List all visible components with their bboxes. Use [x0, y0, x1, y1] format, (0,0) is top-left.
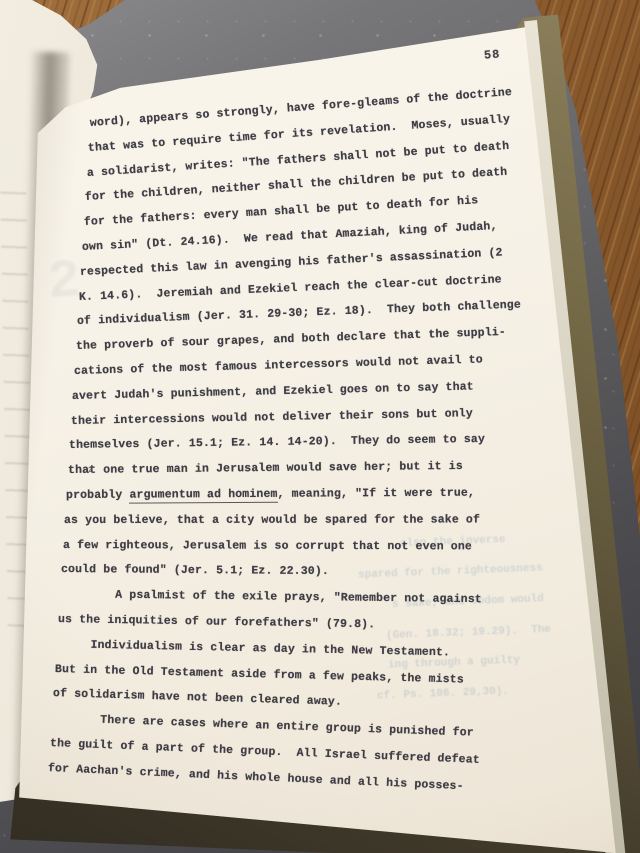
typed-line: probably argumentum ad hominem, meaning,…: [66, 487, 475, 502]
typed-line: But in the Old Testament aside from a fe…: [55, 663, 464, 687]
typed-text-layer: word), appears so strongly, have fore-gl…: [0, 0, 640, 853]
typed-line: Individualism is clear as day in the New…: [56, 638, 450, 659]
typed-line: of solidarism have not been cleared away…: [53, 687, 342, 709]
typed-line: their intercessions would not deliver th…: [71, 407, 473, 428]
typed-line: A psalmist of the exile prays, "Remember…: [60, 588, 482, 606]
typed-line: cations of the most famous intercessors …: [74, 353, 483, 378]
typed-line: a few righteous, Jerusalem is so corrupt…: [63, 539, 472, 553]
typed-line: could be found" (Jer. 5.1; Ez. 22.30).: [61, 563, 329, 578]
typed-line: respected this law in avenging his fathe…: [80, 246, 503, 279]
typed-line: themselves (Jer. 15.1; Ez. 14. 14-20). T…: [69, 433, 485, 452]
typed-line: as you believe, that a city would be spa…: [64, 513, 480, 527]
typed-line: There are cases where an entire group is…: [51, 712, 473, 740]
typed-line: avert Judah's punishment, and Ezekiel go…: [72, 380, 474, 403]
typed-correction-mark: 2: [88, 466, 93, 475]
typed-line: the proverb of sour grapes, and both dec…: [75, 326, 505, 353]
typed-line: that one true man in Jerusalem would sav…: [68, 460, 463, 477]
page-number: 58: [483, 47, 500, 62]
typed-line: the guilt of a part of the group. All Is…: [50, 737, 480, 767]
underlined-phrase: argumentum ad hominem: [129, 488, 277, 504]
typed-line: of individualism (Jer. 31. 29-30; Ez. 18…: [77, 299, 521, 329]
photo-scene: 2 also the inversespared for the righteo…: [0, 0, 640, 853]
typed-line: for Aachan's crime, and his whole house …: [48, 762, 464, 793]
typed-line: us the iniquities of our forefathers" (7…: [58, 613, 375, 631]
typed-line: K. 14.6). Jeremiah and Ezekiel reach the…: [79, 273, 502, 304]
